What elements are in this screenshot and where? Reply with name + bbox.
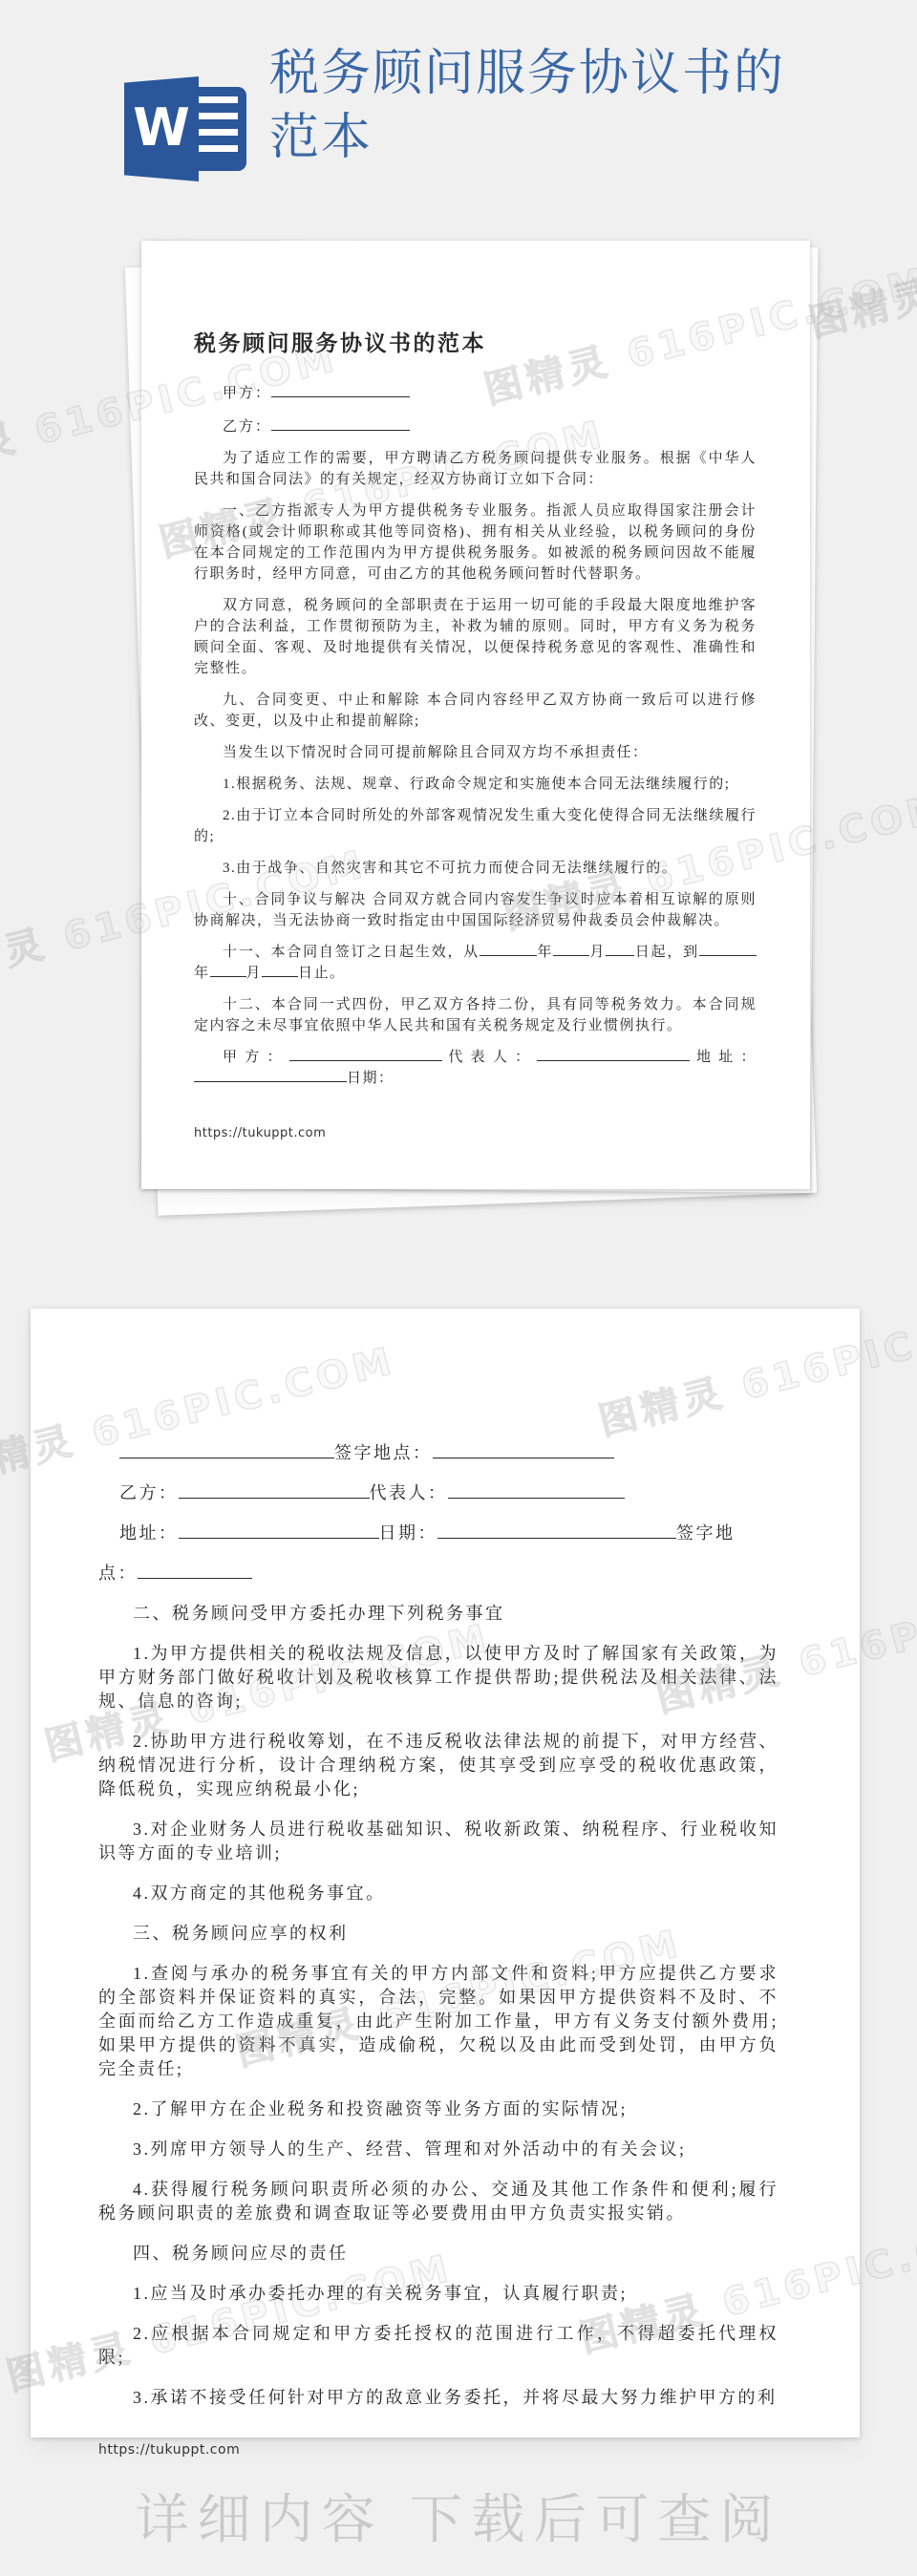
doc-paragraph: 四、税务顾问应尽的责任 — [98, 2242, 778, 2266]
doc-line-with-blanks: 乙方：代表人： — [98, 1481, 778, 1505]
doc-text-run: 年 — [537, 945, 553, 960]
blank-underline — [262, 963, 298, 977]
blank-underline — [289, 1047, 442, 1061]
doc-paragraph: 4.获得履行税务顾问职责所必须的办公、交通及其他工作条件和便利;履行税务顾问职责… — [98, 2178, 778, 2225]
doc-text-run: 乙方： — [223, 419, 271, 435]
doc-paragraph: 2.了解甲方在企业税务和投资融资等业务方面的实际情况; — [98, 2097, 778, 2121]
source-url-text: https://tukuppt.com — [194, 1123, 757, 1144]
blank-underline — [606, 942, 634, 956]
download-hint-text: 详细内容 下载后可查阅 — [0, 2478, 917, 2554]
word-icon-text-lines — [192, 96, 238, 161]
blank-underline — [271, 416, 410, 431]
document-page-1: 税务顾问服务协议书的范本 甲方：乙方：为了适应工作的需要，甲方聘请乙方税务顾问提… — [141, 241, 810, 1189]
blank-underline — [437, 1522, 676, 1539]
doc-paragraph: 当发生以下情况时合同可提前解除且合同双方均不承担责任： — [194, 742, 757, 763]
doc-paragraph: 二、税务顾问受甲方委托办理下列税务事宜 — [98, 1602, 778, 1626]
doc-paragraph: 十、合同争议与解决 合同双方就合同内容发生争议时应本着相互谅解的原则协商解决，当… — [194, 889, 757, 931]
blank-underline — [537, 1047, 690, 1061]
blank-underline — [138, 1562, 252, 1579]
doc-line-with-blanks: 甲方： — [194, 383, 757, 404]
blank-underline — [179, 1522, 379, 1539]
blank-underline — [194, 1068, 347, 1082]
doc-paragraph: 3.对企业财务人员进行税收基础知识、税收新政策、纳税程序、行业税收知识等方面的专… — [98, 1818, 778, 1865]
doc-text-run: 地址： — [690, 1050, 757, 1065]
word-icon-panel: W — [124, 76, 199, 181]
doc-text-run: 甲方： — [223, 1050, 289, 1065]
doc-paragraph: 3.承诺不接受任何针对甲方的敌意业务委托，并将尽最大努力维护甲方的利 — [98, 2386, 778, 2410]
blank-underline — [433, 1441, 614, 1458]
doc-text-run: 日期： — [347, 1071, 395, 1086]
document-title: 税务顾问服务协议书的范本 — [194, 330, 757, 358]
watermark-text: 图精灵 616PIC.COM — [802, 184, 917, 348]
doc-paragraph: 三、税务顾问应享的权利 — [98, 1922, 778, 1946]
doc-paragraph: 2.由于订立本合同时所处的外部客观情况发生重大变化使得合同无法继续履行的; — [194, 805, 757, 847]
word-icon-letter: W — [133, 102, 190, 154]
page2-body: 签字地点：乙方：代表人：地址：日期：签字地点：二、税务顾问受甲方委托办理下列税务… — [98, 1441, 778, 2410]
doc-line-with-blanks: 甲方：代表人：地址：日期： — [194, 1047, 757, 1089]
doc-text-run: 签字地 — [676, 1523, 736, 1543]
doc-paragraph: 1.应当及时承办委托办理的有关税务事宜，认真履行职责; — [98, 2282, 778, 2306]
blank-underline — [119, 1441, 334, 1458]
doc-paragraph: 1.为甲方提供相关的税收法规及信息，以使甲方及时了解国家有关政策，为甲方财务部门… — [98, 1642, 778, 1714]
doc-paragraph: 1.根据税务、法规、规章、行政命令规定和实施使本合同无法继续履行的; — [194, 774, 757, 795]
doc-text-run: 代表人： — [442, 1050, 538, 1065]
doc-paragraph: 为了适应工作的需要，甲方聘请乙方税务顾问提供专业服务。根据《中华人民共和国合同法… — [194, 448, 757, 490]
blank-underline — [448, 1481, 625, 1499]
doc-text-run: 代表人： — [370, 1483, 448, 1502]
doc-text-run: 年 — [194, 966, 210, 981]
doc-text-run: 月 — [246, 966, 263, 981]
doc-text-run: 地址： — [119, 1523, 179, 1543]
doc-text-run: 日止。 — [298, 966, 346, 981]
doc-text-run: 日起，到 — [634, 945, 699, 960]
doc-line-with-blanks: 签字地点： — [98, 1441, 778, 1465]
doc-text-run: 点： — [98, 1564, 138, 1583]
doc-line-with-blanks: 十一、本合同自签订之日起生效，从年月日起，到年月日止。 — [194, 942, 757, 984]
doc-paragraph: 一、乙方指派专人为甲方提供税务专业服务。指派人员应取得国家注册会计师资格(或会计… — [194, 500, 757, 585]
doc-paragraph: 2.应根据本合同规定和甲方委托授权的范围进行工作，不得超委托代理权限; — [98, 2322, 778, 2370]
doc-text-run: 十一、本合同自签订之日起生效，从 — [223, 945, 480, 960]
doc-paragraph: 2.协助甲方进行税收筹划，在不违反税收法律法规的前提下，对甲方经营、纳税情况进行… — [98, 1730, 778, 1801]
doc-text-run: 日期： — [379, 1523, 438, 1543]
doc-line-with-blanks: 点： — [98, 1562, 778, 1586]
doc-paragraph: 九、合同变更、中止和解除 本合同内容经甲乙双方协商一致后可以进行修改、变更，以及… — [194, 690, 757, 732]
doc-text-run: 甲方： — [223, 386, 271, 401]
doc-paragraph: 双方同意，税务顾问的全部职责在于运用一切可能的手段最大限度地维护客户的合法利益，… — [194, 595, 757, 679]
doc-text-run: 乙方： — [119, 1483, 179, 1502]
doc-line-with-blanks: 地址：日期：签字地 — [98, 1522, 778, 1545]
doc-paragraph: 4.双方商定的其他税务事宜。 — [98, 1882, 778, 1905]
blank-underline — [699, 942, 757, 956]
blank-underline — [179, 1481, 370, 1499]
page1-body: 甲方：乙方：为了适应工作的需要，甲方聘请乙方税务顾问提供专业服务。根据《中华人民… — [194, 383, 757, 1089]
blank-underline — [480, 942, 537, 956]
document-page-2: 签字地点：乙方：代表人：地址：日期：签字地点：二、税务顾问受甲方委托办理下列税务… — [31, 1309, 860, 2438]
word-file-icon: W — [124, 76, 246, 181]
source-url-text: https://tukuppt.com — [98, 2438, 778, 2462]
page-title: 税务顾问服务协议书的范本 — [269, 42, 821, 170]
doc-paragraph: 3.列席甲方领导人的生产、经营、管理和对外活动中的有关会议; — [98, 2138, 778, 2161]
blank-underline — [210, 963, 246, 977]
doc-paragraph: 十二、本合同一式四份，甲乙双方各持二份，具有同等税务效力。本合同规定内容之未尽事… — [194, 994, 757, 1036]
doc-text-run: 签字地点： — [334, 1443, 433, 1462]
doc-paragraph: 3.由于战争、自然灾害和其它不可抗力而使合同无法继续履行的。 — [194, 858, 757, 879]
doc-line-with-blanks: 乙方： — [194, 416, 757, 437]
doc-paragraph: 1.查阅与承办的税务事宜有关的甲方内部文件和资料;甲方应提供乙方要求的全部资料并… — [98, 1962, 778, 2081]
blank-underline — [271, 383, 410, 397]
blank-underline — [553, 942, 589, 956]
doc-text-run: 月 — [589, 945, 606, 960]
